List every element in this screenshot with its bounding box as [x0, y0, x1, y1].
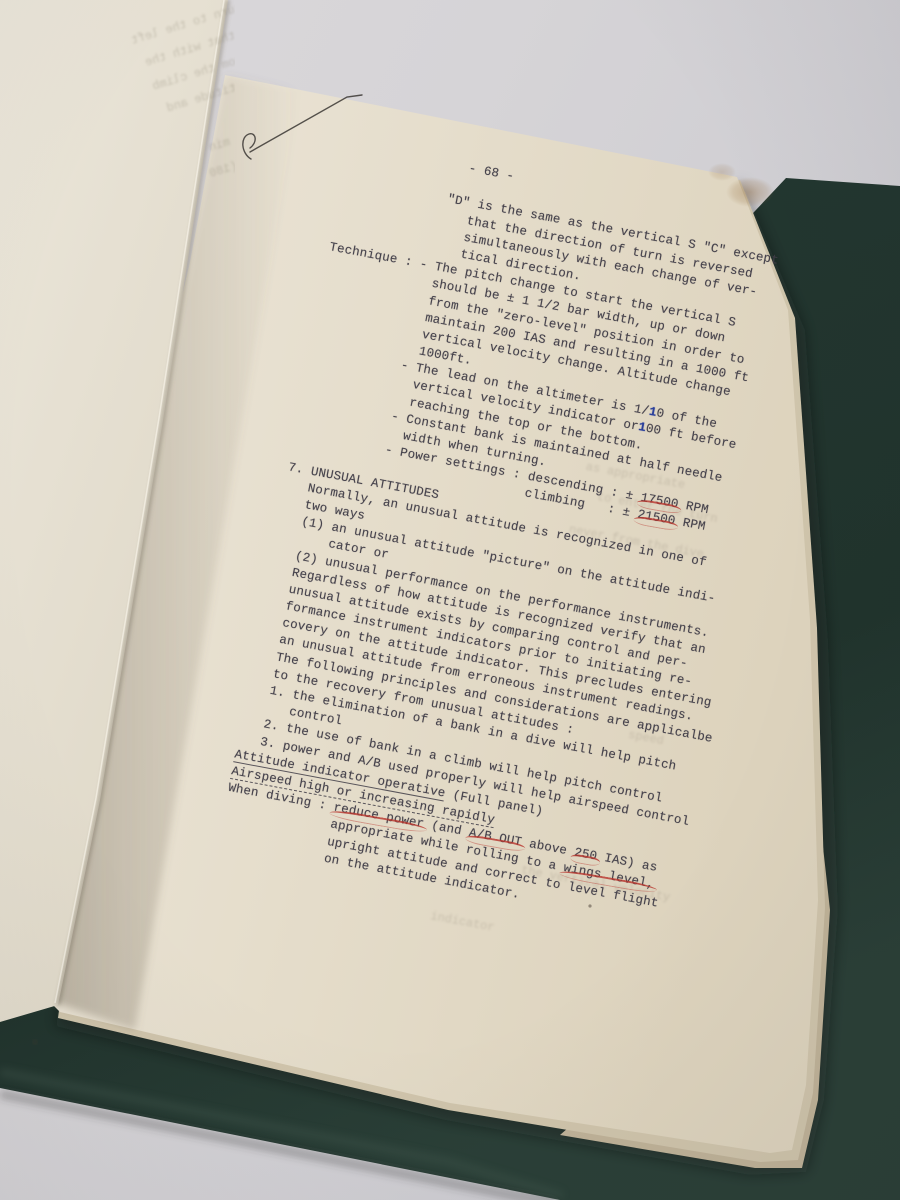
- stain-top-right: [726, 177, 774, 207]
- speck-bottom-left: [33, 1040, 37, 1044]
- photo-scene: turn to the left that with the from the …: [0, 0, 900, 1200]
- leaf-ghost-text: turn to the left that with the from the …: [128, 0, 235, 388]
- left-leaf-text-area: turn to the left that with the from the …: [0, 0, 235, 1010]
- typed-segment-r: 250: [573, 846, 598, 864]
- typed-segment: RPM: [674, 515, 707, 534]
- typed-segment: [344, 156, 354, 171]
- stain-top-right-2: [708, 163, 736, 181]
